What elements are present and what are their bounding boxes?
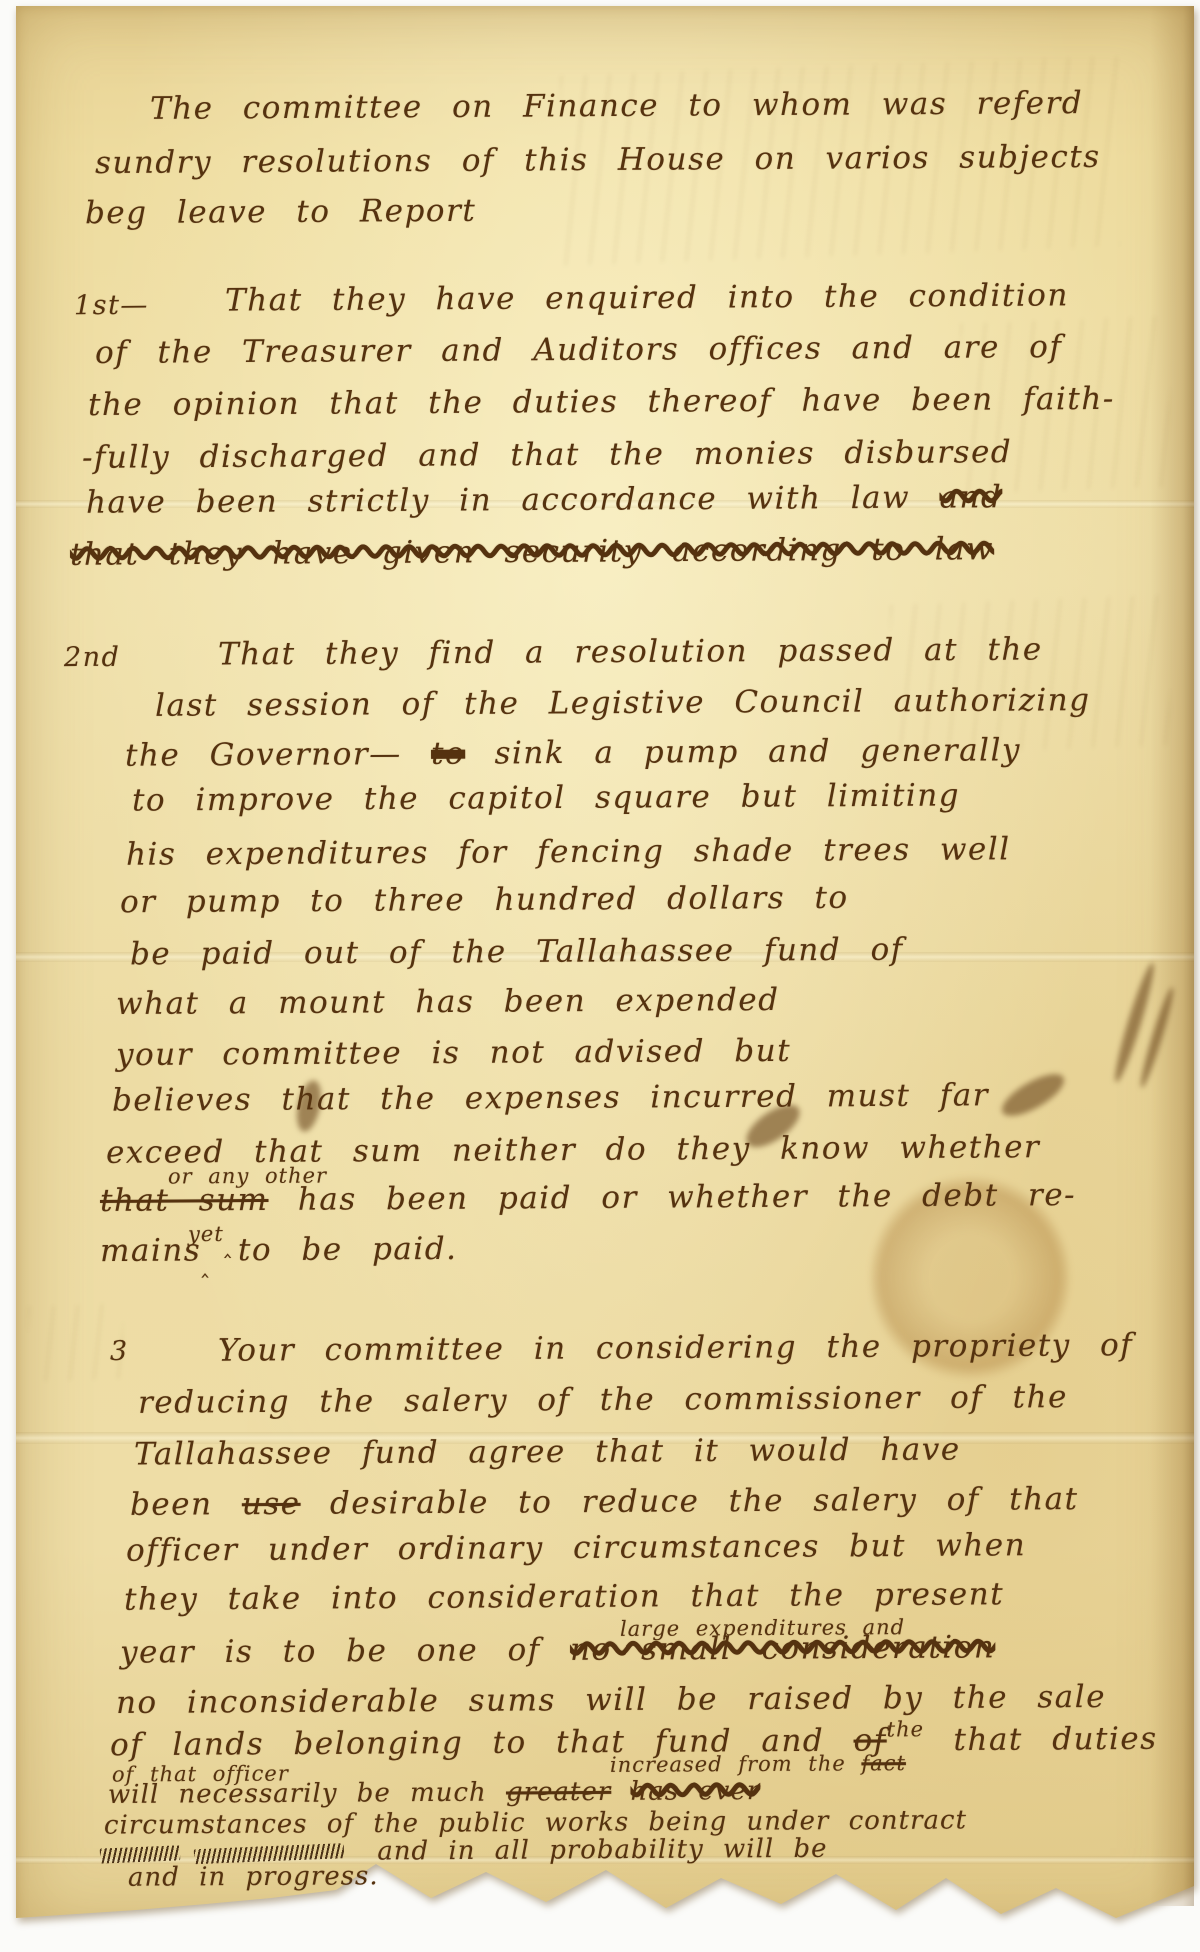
manuscript-line: mains‸ to be paid. bbox=[100, 1231, 458, 1269]
manuscript-line: or pump to three hundred dollars to bbox=[120, 880, 849, 920]
manuscript-line: That they find a resolution passed at th… bbox=[218, 631, 1043, 672]
text-segment: sundry resolutions of this House on vari… bbox=[95, 139, 1101, 181]
section-label-3: 3 bbox=[110, 1336, 129, 1367]
inserted-text: increased from the bbox=[610, 1751, 862, 1777]
text-segment: to be paid. bbox=[209, 1231, 458, 1269]
text-segment bbox=[611, 1777, 630, 1807]
manuscript-line: of the Treasurer and Auditors offices an… bbox=[95, 329, 1063, 371]
bleed-through-writing bbox=[890, 595, 1170, 755]
text-segment: or pump to three hundred dollars to bbox=[120, 880, 849, 920]
struck-text: to bbox=[431, 736, 465, 772]
manuscript-line: The committee on Finance to whom was ref… bbox=[150, 85, 1083, 127]
manuscript-line: -fully discharged and that the monies di… bbox=[82, 434, 1012, 476]
text-segment: officer under ordinary circumstances but… bbox=[126, 1527, 1026, 1568]
text-segment: -fully discharged and that the monies di… bbox=[82, 434, 1012, 476]
text-segment: mains bbox=[100, 1232, 201, 1269]
manuscript-line: to improve the capitol square but limiti… bbox=[132, 777, 960, 818]
manuscript-line: be paid out of the Tallahassee fund of bbox=[130, 932, 904, 973]
manuscript-line: that they have given security according … bbox=[70, 531, 994, 573]
text-segment: has been paid or whether the debt re- bbox=[268, 1177, 1076, 1218]
text-segment: year is to be one of bbox=[120, 1632, 570, 1671]
section-label-2: 2nd bbox=[64, 642, 121, 673]
struck-text: that they have given security according … bbox=[70, 531, 994, 573]
manuscript-line: reducing the salery of the commissioner … bbox=[138, 1379, 1068, 1421]
text-segment: That they find a resolution passed at th… bbox=[218, 631, 1043, 672]
text-segment: That they have enquired into the conditi… bbox=[225, 277, 1069, 318]
text-segment: to improve the capitol square but limiti… bbox=[132, 777, 960, 818]
interline-insertion: increased from the fact bbox=[610, 1751, 906, 1777]
text-segment: Your committee in considering the propri… bbox=[218, 1327, 1133, 1369]
manuscript-line: Your committee in considering the propri… bbox=[218, 1327, 1133, 1369]
text-segment: that duties bbox=[924, 1721, 1158, 1758]
scribbled-out-mark bbox=[100, 1845, 181, 1863]
struck-text: greater bbox=[506, 1777, 611, 1808]
text-segment: be paid out of the Tallahassee fund of bbox=[130, 932, 904, 973]
bleed-through-writing bbox=[28, 1303, 123, 1381]
manuscript-line: have been strictly in accordance with la… bbox=[86, 479, 1003, 521]
manuscript-line: That they have enquired into the conditi… bbox=[225, 277, 1069, 318]
struck-text: has ever bbox=[630, 1776, 760, 1807]
section-label-1: 1st— bbox=[74, 290, 149, 321]
manuscript-line: will necessarily be much greater has eve… bbox=[108, 1776, 760, 1810]
text-segment: what a mount has been expended bbox=[116, 982, 780, 1022]
manuscript-line: year is to be one of no small considerat… bbox=[120, 1629, 996, 1670]
manuscript-line: Tallahassee fund agree that it would hav… bbox=[134, 1431, 961, 1472]
text-segment: been bbox=[130, 1486, 242, 1523]
text-segment: have been strictly in accordance with la… bbox=[86, 480, 940, 521]
insertion-caret: ‸ bbox=[201, 1253, 209, 1278]
manuscript-line: no inconsiderable sums will be raised by… bbox=[116, 1679, 1106, 1721]
text-segment: reducing the salery of the commissioner … bbox=[138, 1379, 1068, 1421]
manuscript-line: they take into consideration that the pr… bbox=[124, 1576, 1004, 1617]
manuscript-line: and in progress. bbox=[128, 1861, 379, 1893]
manuscript-line: what a mount has been expended bbox=[116, 982, 780, 1022]
text-segment: last session of the Legistive Council au… bbox=[155, 682, 1091, 724]
text-segment: of the Treasurer and Auditors offices an… bbox=[95, 329, 1063, 371]
text-segment: believes that the expenses incurred must… bbox=[112, 1077, 989, 1118]
manuscript-line: been use desirable to reduce the salery … bbox=[130, 1481, 1079, 1523]
manuscript-line: that sum has been paid or whether the de… bbox=[100, 1177, 1076, 1219]
struck-text: no small consideration bbox=[570, 1629, 995, 1668]
manuscript-line: last session of the Legistive Council au… bbox=[155, 682, 1091, 724]
manuscript-line: the Governor— to sink a pump and general… bbox=[125, 732, 1021, 773]
struck-text: use bbox=[242, 1486, 301, 1522]
text-segment: beg leave to Report bbox=[85, 193, 477, 231]
manuscript-line: the opinion that the duties thereof have… bbox=[88, 381, 1115, 423]
text-segment: desirable to reduce the salery of that bbox=[300, 1481, 1078, 1522]
text-segment: and in progress. bbox=[128, 1861, 379, 1893]
text-segment: and in all probability will be bbox=[358, 1834, 828, 1867]
struck-text: that sum bbox=[100, 1182, 269, 1219]
manuscript-line: beg leave to Report bbox=[85, 193, 477, 231]
struck-text: and bbox=[939, 479, 1002, 515]
struck-text: fact bbox=[861, 1751, 906, 1775]
manuscript-line: his expenditures for fencing shade trees… bbox=[126, 831, 1011, 872]
text-segment: they take into consideration that the pr… bbox=[124, 1576, 1004, 1617]
text-segment: the opinion that the duties thereof have… bbox=[88, 381, 1115, 423]
manuscript-line: believes that the expenses incurred must… bbox=[112, 1077, 989, 1118]
text-segment: will necessarily be much bbox=[108, 1778, 506, 1810]
text-segment: your committee is not advised but bbox=[116, 1033, 791, 1073]
text-segment: his expenditures for fencing shade trees… bbox=[126, 831, 1011, 872]
text-segment: no inconsiderable sums will be raised by… bbox=[116, 1679, 1106, 1721]
manuscript-line: your committee is not advised but bbox=[116, 1033, 791, 1073]
text-segment: the Governor— bbox=[125, 736, 431, 774]
text-segment: sink a pump and generally bbox=[465, 732, 1021, 771]
inserted-text: the bbox=[887, 1717, 925, 1741]
manuscript-line: sundry resolutions of this House on vari… bbox=[95, 139, 1101, 181]
text-segment: The committee on Finance to whom was ref… bbox=[150, 85, 1083, 127]
paper-deckle-edge bbox=[1150, 6, 1194, 1906]
manuscript-line: officer under ordinary circumstances but… bbox=[126, 1527, 1026, 1568]
text-segment: Tallahassee fund agree that it would hav… bbox=[134, 1431, 961, 1472]
